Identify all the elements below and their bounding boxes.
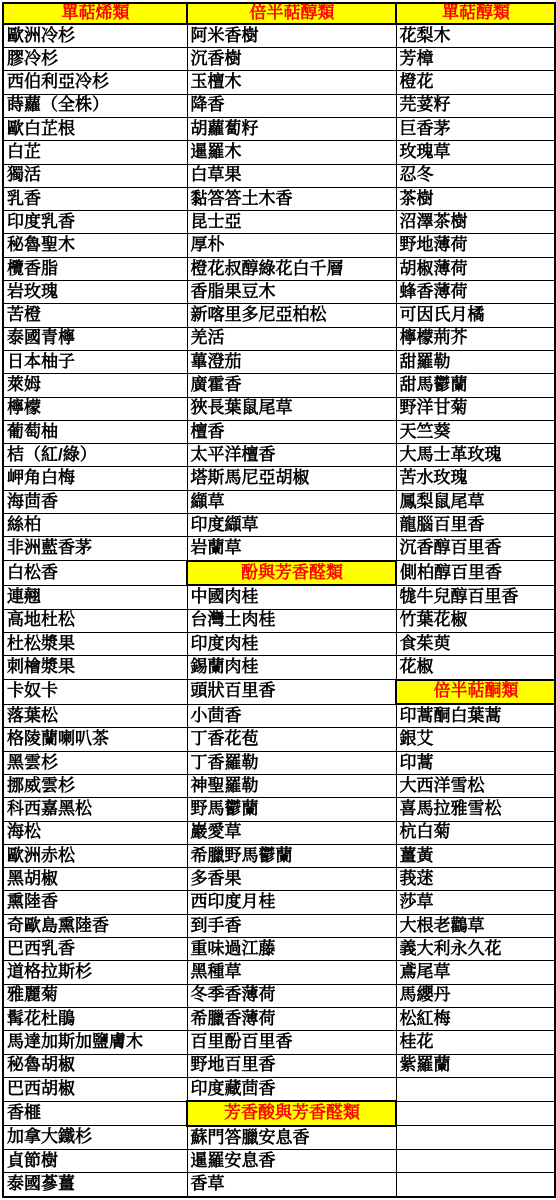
table-row: 刺檜漿果錫蘭肉桂花椒 bbox=[3, 656, 555, 680]
table-row: 海茴香纈草鳳梨鼠尾草 bbox=[3, 490, 555, 513]
table-cell: 希臘香薄荷 bbox=[187, 1007, 396, 1030]
table-cell: 牻牛兒醇百里香 bbox=[396, 585, 555, 609]
table-cell: 蓽澄茄 bbox=[187, 350, 396, 373]
table-cell: 薑黃 bbox=[396, 844, 555, 867]
table-cell: 太平洋檀香 bbox=[187, 444, 396, 467]
table-cell: 白松香 bbox=[3, 561, 187, 585]
header-row: 單萜烯類 倍半萜醇類 單萜醇類 bbox=[3, 3, 555, 24]
table-row: 歐洲冷杉阿米香樹花梨木 bbox=[3, 24, 555, 48]
table-cell: 沼澤茶樹 bbox=[396, 211, 555, 234]
table-cell: 花梨木 bbox=[396, 24, 555, 48]
table-cell: 西印度月桂 bbox=[187, 891, 396, 914]
table-cell: 黑雲杉 bbox=[3, 751, 187, 774]
table-cell: 野地薄荷 bbox=[396, 234, 555, 257]
table-row: 科西嘉黑松野馬鬱蘭喜馬拉雅雪松 bbox=[3, 798, 555, 821]
table-cell: 龍腦百里香 bbox=[396, 514, 555, 537]
table-cell: 昆士亞 bbox=[187, 211, 396, 234]
table-cell: 狹長葉鼠尾草 bbox=[187, 397, 396, 420]
table-cell: 小茴香 bbox=[187, 704, 396, 728]
table-cell: 甜羅勒 bbox=[396, 350, 555, 373]
table-row: 挪威雲杉神聖羅勒大西洋雪松 bbox=[3, 775, 555, 798]
table-cell: 冬季香薄荷 bbox=[187, 984, 396, 1007]
table-cell: 忍冬 bbox=[396, 164, 555, 187]
table-row: 白松香酚與芳香醛類側柏醇百里香 bbox=[3, 561, 555, 585]
table-cell: 蜂香薄荷 bbox=[396, 281, 555, 304]
table-cell: 竹葉花椒 bbox=[396, 609, 555, 632]
table-cell: 野馬鬱蘭 bbox=[187, 798, 396, 821]
table-cell: 芳樟 bbox=[396, 48, 555, 71]
table-row: 印度乳香昆士亞沼澤茶樹 bbox=[3, 211, 555, 234]
table-cell: 岩玫瑰 bbox=[3, 281, 187, 304]
table-row: 黑胡椒多香果莪蒁 bbox=[3, 868, 555, 891]
table-cell: 加拿大鐵杉 bbox=[3, 1126, 187, 1150]
table-cell: 胡蘿蔔籽 bbox=[187, 117, 396, 140]
table-cell: 檸檬荊芥 bbox=[396, 327, 555, 350]
table-row: 海松巖愛草杭白菊 bbox=[3, 821, 555, 844]
table-cell: 紫羅蘭 bbox=[396, 1054, 555, 1077]
table-cell: 印度藏茴香 bbox=[187, 1077, 396, 1101]
table-cell: 橙花 bbox=[396, 71, 555, 94]
table-cell: 熏陸香 bbox=[3, 891, 187, 914]
table-cell: 香脂果豆木 bbox=[187, 281, 396, 304]
table-cell: 羌活 bbox=[187, 327, 396, 350]
table-row: 泰國青檸羌活檸檬荊芥 bbox=[3, 327, 555, 350]
table-row: 檸檬狹長葉鼠尾草野洋甘菊 bbox=[3, 397, 555, 420]
subcategory-header: 倍半萜酮類 bbox=[396, 680, 555, 704]
table-cell: 落葉松 bbox=[3, 704, 187, 728]
table-cell: 胡椒薄荷 bbox=[396, 257, 555, 280]
column-header-monoterpenes: 單萜烯類 bbox=[3, 3, 187, 24]
table-row: 岬角白梅塔斯馬尼亞胡椒苦水玫瑰 bbox=[3, 467, 555, 490]
table-cell: 挪威雲杉 bbox=[3, 775, 187, 798]
table-row: 黑雲杉丁香羅勒印蒿 bbox=[3, 751, 555, 774]
table-cell: 錫蘭肉桂 bbox=[187, 656, 396, 680]
table-cell: 莪蒁 bbox=[396, 868, 555, 891]
table-row: 熏陸香西印度月桂莎草 bbox=[3, 891, 555, 914]
table-cell: 降香 bbox=[187, 94, 396, 117]
table-cell: 印蒿 bbox=[396, 751, 555, 774]
essential-oil-classification-page: 單萜烯類 倍半萜醇類 單萜醇類 歐洲冷杉阿米香樹花梨木膠冷杉沉香樹芳樟西伯利亞冷… bbox=[0, 0, 556, 1200]
table-row: 加拿大鐵杉蘇門答臘安息香 bbox=[3, 1126, 555, 1150]
table-row: 桔（紅/綠）太平洋檀香大馬士革玫瑰 bbox=[3, 444, 555, 467]
table-cell: 中國肉桂 bbox=[187, 585, 396, 609]
table-row: 巴西乳香重味過江藤義大利永久花 bbox=[3, 938, 555, 961]
table-cell: 到手香 bbox=[187, 914, 396, 937]
table-cell: 桂花 bbox=[396, 1031, 555, 1054]
table-cell: 道格拉斯杉 bbox=[3, 961, 187, 984]
table-cell: 纈草 bbox=[187, 490, 396, 513]
table-cell: 蒔蘿（全株） bbox=[3, 94, 187, 117]
table-row: 歐洲赤松希臘野馬鬱蘭薑黃 bbox=[3, 844, 555, 867]
table-cell: 百里酚百里香 bbox=[187, 1031, 396, 1054]
table-cell: 玫瑰草 bbox=[396, 141, 555, 164]
table-cell: 義大利永久花 bbox=[396, 938, 555, 961]
table-cell: 希臘野馬鬱蘭 bbox=[187, 844, 396, 867]
table-cell: 丁香羅勒 bbox=[187, 751, 396, 774]
table-cell: 杭白菊 bbox=[396, 821, 555, 844]
table-cell: 白草果 bbox=[187, 164, 396, 187]
table-cell: 秘魯胡椒 bbox=[3, 1054, 187, 1077]
table-cell: 厚朴 bbox=[187, 234, 396, 257]
table-row: 秘魯聖木厚朴野地薄荷 bbox=[3, 234, 555, 257]
table-cell: 鳳梨鼠尾草 bbox=[396, 490, 555, 513]
table-cell: 銀艾 bbox=[396, 728, 555, 751]
table-cell: 岩蘭草 bbox=[187, 537, 396, 561]
table-row: 雅麗菊冬季香薄荷馬纓丹 bbox=[3, 984, 555, 1007]
column-header-monoterpenols: 單萜醇類 bbox=[396, 3, 555, 24]
table-cell: 刺檜漿果 bbox=[3, 656, 187, 680]
table-cell: 暹羅安息香 bbox=[187, 1150, 396, 1173]
table-cell: 印度肉桂 bbox=[187, 632, 396, 655]
table-row: 泰國蔘薑香草 bbox=[3, 1173, 555, 1197]
table-cell: 格陵蘭喇叭茶 bbox=[3, 728, 187, 751]
table-cell: 萊姆 bbox=[3, 374, 187, 397]
table-cell: 岬角白梅 bbox=[3, 467, 187, 490]
table-cell: 莎草 bbox=[396, 891, 555, 914]
table-cell: 蘇門答臘安息香 bbox=[187, 1126, 396, 1150]
table-row: 奇歐島熏陸香到手香大根老鸛草 bbox=[3, 914, 555, 937]
table-row: 欖香脂橙花叔醇綠花白千層胡椒薄荷 bbox=[3, 257, 555, 280]
table-cell: 可因氏月橘 bbox=[396, 304, 555, 327]
table-row: 白芷暹羅木玫瑰草 bbox=[3, 141, 555, 164]
table-cell: 高地杜松 bbox=[3, 609, 187, 632]
table-cell: 香榧 bbox=[3, 1101, 187, 1125]
table-cell: 苦橙 bbox=[3, 304, 187, 327]
table-cell: 印度纈草 bbox=[187, 514, 396, 537]
table-cell: 海松 bbox=[3, 821, 187, 844]
table-row: 乳香黏答答土木香茶樹 bbox=[3, 187, 555, 210]
table-cell: 欖香脂 bbox=[3, 257, 187, 280]
table-row: 膠冷杉沉香樹芳樟 bbox=[3, 48, 555, 71]
table-cell: 印度乳香 bbox=[3, 211, 187, 234]
empty-cell bbox=[396, 1077, 555, 1101]
table-cell: 雅麗菊 bbox=[3, 984, 187, 1007]
table-row: 馬達加斯加鹽膚木百里酚百里香桂花 bbox=[3, 1031, 555, 1054]
empty-cell bbox=[396, 1150, 555, 1173]
table-cell: 檸檬 bbox=[3, 397, 187, 420]
table-cell: 大根老鸛草 bbox=[396, 914, 555, 937]
table-row: 髯花杜鵑希臘香薄荷松紅梅 bbox=[3, 1007, 555, 1030]
table-cell: 苦水玫瑰 bbox=[396, 467, 555, 490]
table-cell: 花椒 bbox=[396, 656, 555, 680]
table-cell: 黑胡椒 bbox=[3, 868, 187, 891]
table-cell: 馬纓丹 bbox=[396, 984, 555, 1007]
table-row: 高地杜松台灣土肉桂竹葉花椒 bbox=[3, 609, 555, 632]
table-cell: 葡萄柚 bbox=[3, 420, 187, 443]
table-row: 苦橙新喀里多尼亞柏松可因氏月橘 bbox=[3, 304, 555, 327]
table-cell: 巖愛草 bbox=[187, 821, 396, 844]
table-cell: 松紅梅 bbox=[396, 1007, 555, 1030]
table-cell: 茶樹 bbox=[396, 187, 555, 210]
table-cell: 多香果 bbox=[187, 868, 396, 891]
empty-cell bbox=[396, 1126, 555, 1150]
table-cell: 丁香花苞 bbox=[187, 728, 396, 751]
table-cell: 歐洲冷杉 bbox=[3, 24, 187, 48]
table-cell: 貞節樹 bbox=[3, 1150, 187, 1173]
table-row: 歐白芷根胡蘿蔔籽巨香茅 bbox=[3, 117, 555, 140]
table-cell: 乳香 bbox=[3, 187, 187, 210]
table-cell: 髯花杜鵑 bbox=[3, 1007, 187, 1030]
table-row: 秘魯胡椒野地百里香紫羅蘭 bbox=[3, 1054, 555, 1077]
essential-oil-classification-table: 單萜烯類 倍半萜醇類 單萜醇類 歐洲冷杉阿米香樹花梨木膠冷杉沉香樹芳樟西伯利亞冷… bbox=[2, 2, 556, 1198]
table-cell: 歐白芷根 bbox=[3, 117, 187, 140]
subcategory-header: 芳香酸與芳香醛類 bbox=[187, 1101, 396, 1125]
table-row: 巴西胡椒印度藏茴香 bbox=[3, 1077, 555, 1101]
table-cell: 泰國青檸 bbox=[3, 327, 187, 350]
table-cell: 檀香 bbox=[187, 420, 396, 443]
table-cell: 秘魯聖木 bbox=[3, 234, 187, 257]
table-cell: 阿米香樹 bbox=[187, 24, 396, 48]
table-cell: 桔（紅/綠） bbox=[3, 444, 187, 467]
table-cell: 野洋甘菊 bbox=[396, 397, 555, 420]
subcategory-header: 酚與芳香醛類 bbox=[187, 561, 396, 585]
table-row: 萊姆廣霍香甜馬鬱蘭 bbox=[3, 374, 555, 397]
table-cell: 巨香茅 bbox=[396, 117, 555, 140]
table-cell: 廣霍香 bbox=[187, 374, 396, 397]
table-cell: 神聖羅勒 bbox=[187, 775, 396, 798]
table-cell: 卡奴卡 bbox=[3, 680, 187, 704]
table-cell: 馬達加斯加鹽膚木 bbox=[3, 1031, 187, 1054]
table-cell: 巴西乳香 bbox=[3, 938, 187, 961]
column-header-sesquiterpenols: 倍半萜醇類 bbox=[187, 3, 396, 24]
table-cell: 甜馬鬱蘭 bbox=[396, 374, 555, 397]
table-row: 絲柏印度纈草龍腦百里香 bbox=[3, 514, 555, 537]
table-cell: 側柏醇百里香 bbox=[396, 561, 555, 585]
table-cell: 非洲藍香茅 bbox=[3, 537, 187, 561]
table-cell: 大馬士革玫瑰 bbox=[396, 444, 555, 467]
table-cell: 印蒿酮白葉蒿 bbox=[396, 704, 555, 728]
table-cell: 沉香醇百里香 bbox=[396, 537, 555, 561]
table-cell: 食茱萸 bbox=[396, 632, 555, 655]
table-row: 杜松漿果印度肉桂食茱萸 bbox=[3, 632, 555, 655]
table-cell: 奇歐島熏陸香 bbox=[3, 914, 187, 937]
table-row: 道格拉斯杉黑種草鳶尾草 bbox=[3, 961, 555, 984]
table-cell: 大西洋雪松 bbox=[396, 775, 555, 798]
table-body: 歐洲冷杉阿米香樹花梨木膠冷杉沉香樹芳樟西伯利亞冷杉玉檀木橙花蒔蘿（全株）降香芫荽… bbox=[3, 24, 555, 1197]
table-cell: 黏答答土木香 bbox=[187, 187, 396, 210]
table-cell: 巴西胡椒 bbox=[3, 1077, 187, 1101]
table-row: 日本柚子蓽澄茄甜羅勒 bbox=[3, 350, 555, 373]
table-cell: 海茴香 bbox=[3, 490, 187, 513]
table-cell: 暹羅木 bbox=[187, 141, 396, 164]
table-row: 貞節樹暹羅安息香 bbox=[3, 1150, 555, 1173]
table-cell: 喜馬拉雅雪松 bbox=[396, 798, 555, 821]
table-cell: 科西嘉黑松 bbox=[3, 798, 187, 821]
table-row: 西伯利亞冷杉玉檀木橙花 bbox=[3, 71, 555, 94]
table-cell: 白芷 bbox=[3, 141, 187, 164]
table-row: 蒔蘿（全株）降香芫荽籽 bbox=[3, 94, 555, 117]
table-cell: 台灣土肉桂 bbox=[187, 609, 396, 632]
table-cell: 玉檀木 bbox=[187, 71, 396, 94]
empty-cell bbox=[396, 1101, 555, 1125]
table-cell: 日本柚子 bbox=[3, 350, 187, 373]
table-cell: 香草 bbox=[187, 1173, 396, 1197]
table-cell: 重味過江藤 bbox=[187, 938, 396, 961]
table-cell: 塔斯馬尼亞胡椒 bbox=[187, 467, 396, 490]
empty-cell bbox=[396, 1173, 555, 1197]
table-row: 格陵蘭喇叭茶丁香花苞銀艾 bbox=[3, 728, 555, 751]
table-cell: 鳶尾草 bbox=[396, 961, 555, 984]
table-cell: 橙花叔醇綠花白千層 bbox=[187, 257, 396, 280]
table-row: 葡萄柚檀香天竺葵 bbox=[3, 420, 555, 443]
table-row: 香榧芳香酸與芳香醛類 bbox=[3, 1101, 555, 1125]
table-cell: 膠冷杉 bbox=[3, 48, 187, 71]
table-row: 非洲藍香茅岩蘭草沉香醇百里香 bbox=[3, 537, 555, 561]
table-cell: 連翹 bbox=[3, 585, 187, 609]
table-row: 岩玫瑰香脂果豆木蜂香薄荷 bbox=[3, 281, 555, 304]
table-cell: 西伯利亞冷杉 bbox=[3, 71, 187, 94]
table-cell: 頭狀百里香 bbox=[187, 680, 396, 704]
table-row: 連翹中國肉桂牻牛兒醇百里香 bbox=[3, 585, 555, 609]
table-cell: 黑種草 bbox=[187, 961, 396, 984]
table-cell: 野地百里香 bbox=[187, 1054, 396, 1077]
table-row: 獨活白草果忍冬 bbox=[3, 164, 555, 187]
table-cell: 沉香樹 bbox=[187, 48, 396, 71]
table-cell: 杜松漿果 bbox=[3, 632, 187, 655]
table-row: 落葉松小茴香印蒿酮白葉蒿 bbox=[3, 704, 555, 728]
table-cell: 絲柏 bbox=[3, 514, 187, 537]
table-cell: 歐洲赤松 bbox=[3, 844, 187, 867]
table-cell: 天竺葵 bbox=[396, 420, 555, 443]
table-cell: 新喀里多尼亞柏松 bbox=[187, 304, 396, 327]
table-cell: 芫荽籽 bbox=[396, 94, 555, 117]
table-cell: 獨活 bbox=[3, 164, 187, 187]
table-cell: 泰國蔘薑 bbox=[3, 1173, 187, 1197]
table-row: 卡奴卡頭狀百里香倍半萜酮類 bbox=[3, 680, 555, 704]
